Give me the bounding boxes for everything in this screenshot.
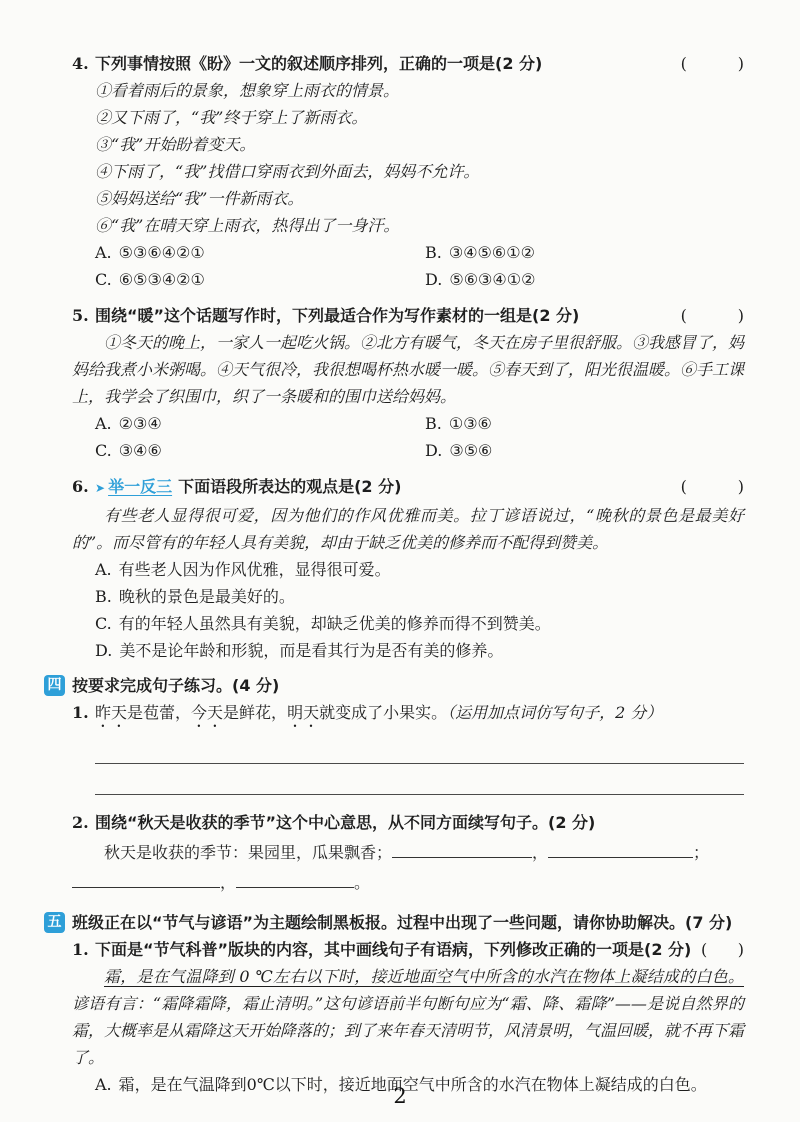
question-5: 5. 围绕“暖”这个话题写作时，下列最适合作为写作素材的一组是(2 分) ( )… bbox=[72, 302, 744, 464]
q5-options: A.②③④ B.①③⑥ C.③④⑥ D.③⑤⑥ bbox=[95, 410, 744, 464]
q4-option-b-text: ③④⑤⑥①② bbox=[449, 243, 535, 262]
question-5-number: 5. bbox=[72, 302, 95, 329]
sec4-q1-dotted-word-3: 明天 bbox=[287, 703, 319, 722]
sec5-q1-underlined-sentence: 霜，是在气温降到 0 ℃左右以下时，接近地面空气中所含的水汽在物体上凝结成的白色… bbox=[104, 967, 744, 986]
sec5-q1-passage-rest: 谚语有言：“霜降霜降，霜止清明。”这句谚语前半句断句应为“霜、降、霜降”——是说… bbox=[72, 994, 744, 1067]
q6-passage: 有些老人显得很可爱，因为他们的作风优雅而美。拉丁谚语说过，“晚秋的景色是最美好的… bbox=[72, 502, 744, 556]
q5-option-b-text: ①③⑥ bbox=[449, 414, 492, 433]
arrow-icon: ➤ bbox=[95, 481, 105, 495]
q4-item-1: ①看着雨后的景象，想象穿上雨衣的情景。 bbox=[95, 77, 744, 104]
sec4-q2-punct-2: ； bbox=[693, 843, 709, 862]
section-4: 四 按要求完成句子练习。(4 分) 1. 昨天是苞蕾，今天是鲜花，明天就变成了小… bbox=[72, 673, 744, 898]
exam-paper-page: 4. 下列事情按照《盼》一文的叙述顺序排列，正确的一项是(2 分) ( ) ①看… bbox=[0, 0, 800, 1122]
section-5: 五 班级正在以“节气与谚语”为主题绘制黑板报。过程中出现了一些问题，请你协助解决… bbox=[72, 910, 744, 1098]
q5-option-c-label: C. bbox=[95, 441, 112, 460]
q4-item-6: ⑥“我”在晴天穿上雨衣，热得出了一身汗。 bbox=[95, 212, 744, 239]
page-number: 2 bbox=[0, 1084, 800, 1108]
sec5-q1-number: 1. bbox=[72, 936, 95, 963]
q5-option-d: D.③⑤⑥ bbox=[425, 437, 744, 464]
q6-option-b-row: B.晚秋的景色是最美好的。 bbox=[95, 583, 744, 610]
section-4-marker-badge: 四 bbox=[44, 675, 65, 696]
sec4-q1-dotted-word-1: 昨天 bbox=[95, 703, 127, 722]
sec4-q2-blank-5 bbox=[236, 873, 354, 888]
q4-option-b-label: B. bbox=[425, 243, 442, 262]
sec4-q2-stem: 围绕“秋天是收获的季节”这个中心意思，从不同方面续写句子。(2 分) bbox=[95, 809, 595, 836]
section-4-title: 按要求完成句子练习。(4 分) bbox=[72, 673, 744, 699]
q4-option-a: A.⑤③⑥④②① bbox=[95, 239, 425, 266]
question-6-stem-row: ➤举一反三下面语段所表达的观点是(2 分) bbox=[95, 473, 675, 502]
q5-option-a-text: ②③④ bbox=[119, 414, 162, 433]
question-6: 6. ➤举一反三下面语段所表达的观点是(2 分) ( ) 有些老人显得很可爱，因… bbox=[72, 473, 744, 664]
section-4-header: 四 按要求完成句子练习。(4 分) bbox=[44, 673, 744, 699]
sec4-q1-dotted-word-2: 今天 bbox=[191, 703, 223, 722]
sec4-q2-punct-4: 。 bbox=[354, 873, 370, 892]
q5-option-b: B.①③⑥ bbox=[425, 410, 744, 437]
sec4-question-1: 1. 昨天是苞蕾，今天是鲜花，明天就变成了小果实。（运用加点词仿写句子，2 分） bbox=[72, 699, 744, 731]
section-5-marker-badge: 五 bbox=[44, 912, 65, 933]
question-6-answer-brackets: ( ) bbox=[681, 473, 744, 500]
sec4-q2-number: 2. bbox=[72, 809, 95, 836]
question-5-stem: 围绕“暖”这个话题写作时，下列最适合作为写作素材的一组是(2 分) bbox=[95, 302, 675, 329]
section-5-title: 班级正在以“节气与谚语”为主题绘制黑板报。过程中出现了一些问题，请你协助解决。(… bbox=[72, 910, 744, 936]
q6-option-d-text: 美不是论年龄和形貌，而是看其行为是否有美的修养。 bbox=[119, 641, 503, 660]
q4-item-5: ⑤妈妈送给“我”一件新雨衣。 bbox=[95, 185, 744, 212]
q6-option-d-row: D.美不是论年龄和形貌，而是看其行为是否有美的修养。 bbox=[95, 637, 744, 664]
q4-option-d-label: D. bbox=[425, 270, 442, 289]
q5-option-a: A.②③④ bbox=[95, 410, 425, 437]
question-6-stem: 下面语段所表达的观点是(2 分) bbox=[178, 477, 401, 496]
q4-item-3: ③“我”开始盼着变天。 bbox=[95, 131, 744, 158]
q5-option-b-label: B. bbox=[425, 414, 442, 433]
sec5-q1-answer-brackets: ( ) bbox=[701, 936, 744, 963]
q4-item-2: ②又下雨了，“我”终于穿上了新雨衣。 bbox=[95, 104, 744, 131]
q4-option-d-text: ⑤⑥③④①② bbox=[449, 270, 535, 289]
sec4-q2-blank-2 bbox=[548, 843, 693, 858]
q4-option-a-text: ⑤③⑥④②① bbox=[119, 243, 205, 262]
q5-option-c-text: ③④⑥ bbox=[119, 441, 162, 460]
q4-option-c-text: ⑥⑤③④②① bbox=[119, 270, 205, 289]
q5-option-c: C.③④⑥ bbox=[95, 437, 425, 464]
question-5-answer-brackets: ( ) bbox=[681, 302, 744, 329]
sec5-question-1: 1. 下面是“节气科普”版块的内容，其中画线句子有语病，下列修改正确的一项是(2… bbox=[72, 936, 744, 963]
q6-option-c-row: C.有的年轻人虽然具有美貌，却缺乏优美的修养而得不到赞美。 bbox=[95, 610, 744, 637]
sec4-q2-blank-3 bbox=[72, 873, 158, 888]
sec4-q2-blank-1 bbox=[392, 843, 532, 858]
q6-option-b-text: 晚秋的景色是最美好的。 bbox=[119, 587, 295, 606]
sec4-q2-punct-1: ， bbox=[532, 843, 548, 862]
q6-option-d-label: D. bbox=[95, 641, 112, 660]
q4-item-4: ④下雨了，“我”找借口穿雨衣到外面去，妈妈不允许。 bbox=[95, 158, 744, 185]
q4-option-a-label: A. bbox=[95, 243, 112, 262]
sec4-q1-text-2: 是鲜花， bbox=[223, 703, 287, 722]
sec4-q1-note: （运用加点词仿写句子，2 分） bbox=[447, 703, 662, 722]
sec4-question-2: 2. 围绕“秋天是收获的季节”这个中心意思，从不同方面续写句子。(2 分) bbox=[72, 809, 744, 836]
q6-option-c-label: C. bbox=[95, 614, 112, 633]
q4-option-b: B.③④⑤⑥①② bbox=[425, 239, 744, 266]
q5-option-d-text: ③⑤⑥ bbox=[449, 441, 492, 460]
q5-option-a-label: A. bbox=[95, 414, 112, 433]
sec4-q1-sentence: 昨天是苞蕾，今天是鲜花，明天就变成了小果实。（运用加点词仿写句子，2 分） bbox=[95, 699, 662, 731]
question-4: 4. 下列事情按照《盼》一文的叙述顺序排列，正确的一项是(2 分) ( ) ①看… bbox=[72, 50, 744, 293]
question-4-header: 4. 下列事情按照《盼》一文的叙述顺序排列，正确的一项是(2 分) ( ) bbox=[72, 50, 744, 77]
question-4-number: 4. bbox=[72, 50, 95, 77]
q4-option-d: D.⑤⑥③④①② bbox=[425, 266, 744, 293]
sec4-q1-answer-line-1 bbox=[95, 763, 744, 764]
sec4-q1-number: 1. bbox=[72, 699, 95, 726]
q5-passage: ①冬天的晚上，一家人一起吃火锅。②北方有暖气，冬天在房子里很舒服。③我感冒了，妈… bbox=[72, 329, 744, 410]
question-4-stem: 下列事情按照《盼》一文的叙述顺序排列，正确的一项是(2 分) bbox=[95, 50, 675, 77]
q6-option-a-row: A.有些老人因为作风优雅，显得很可爱。 bbox=[95, 556, 744, 583]
question-5-header: 5. 围绕“暖”这个话题写作时，下列最适合作为写作素材的一组是(2 分) ( ) bbox=[72, 302, 744, 329]
q6-tag-juyifansan: 举一反三 bbox=[108, 477, 172, 496]
sec5-q1-passage: 霜，是在气温降到 0 ℃左右以下时，接近地面空气中所含的水汽在物体上凝结成的白色… bbox=[72, 963, 744, 1071]
q6-option-b-label: B. bbox=[95, 587, 112, 606]
q6-option-a-text: 有些老人因为作风优雅，显得很可爱。 bbox=[119, 560, 391, 579]
sec4-q1-text-3: 就变成了小果实。 bbox=[319, 703, 447, 722]
q4-option-c-label: C. bbox=[95, 270, 112, 289]
q4-options: A.⑤③⑥④②① B.③④⑤⑥①② C.⑥⑤③④②① D.⑤⑥③④①② bbox=[95, 239, 744, 293]
sec4-q1-answer-line-2 bbox=[95, 794, 744, 795]
section-5-header: 五 班级正在以“节气与谚语”为主题绘制黑板报。过程中出现了一些问题，请你协助解决… bbox=[44, 910, 744, 936]
q6-option-c-text: 有的年轻人虽然具有美貌，却缺乏优美的修养而得不到赞美。 bbox=[119, 614, 551, 633]
question-6-header: 6. ➤举一反三下面语段所表达的观点是(2 分) ( ) bbox=[72, 473, 744, 502]
sec4-q2-lead: 秋天是收获的季节：果园里，瓜果飘香； bbox=[104, 843, 392, 862]
q4-option-c: C.⑥⑤③④②① bbox=[95, 266, 425, 293]
sec4-q2-fill-sentence: 秋天是收获的季节：果园里，瓜果飘香；，；，。 bbox=[72, 838, 744, 898]
question-4-answer-brackets: ( ) bbox=[681, 50, 744, 77]
sec4-q1-text-1: 是苞蕾， bbox=[127, 703, 191, 722]
sec5-q1-stem: 下面是“节气科普”版块的内容，其中画线句子有语病，下列修改正确的一项是(2 分) bbox=[95, 936, 695, 963]
sec4-q2-punct-3: ， bbox=[220, 873, 236, 892]
q6-option-a-label: A. bbox=[95, 560, 112, 579]
question-6-number: 6. bbox=[72, 473, 95, 500]
q5-option-d-label: D. bbox=[425, 441, 442, 460]
sec4-q2-blank-4 bbox=[158, 873, 220, 888]
